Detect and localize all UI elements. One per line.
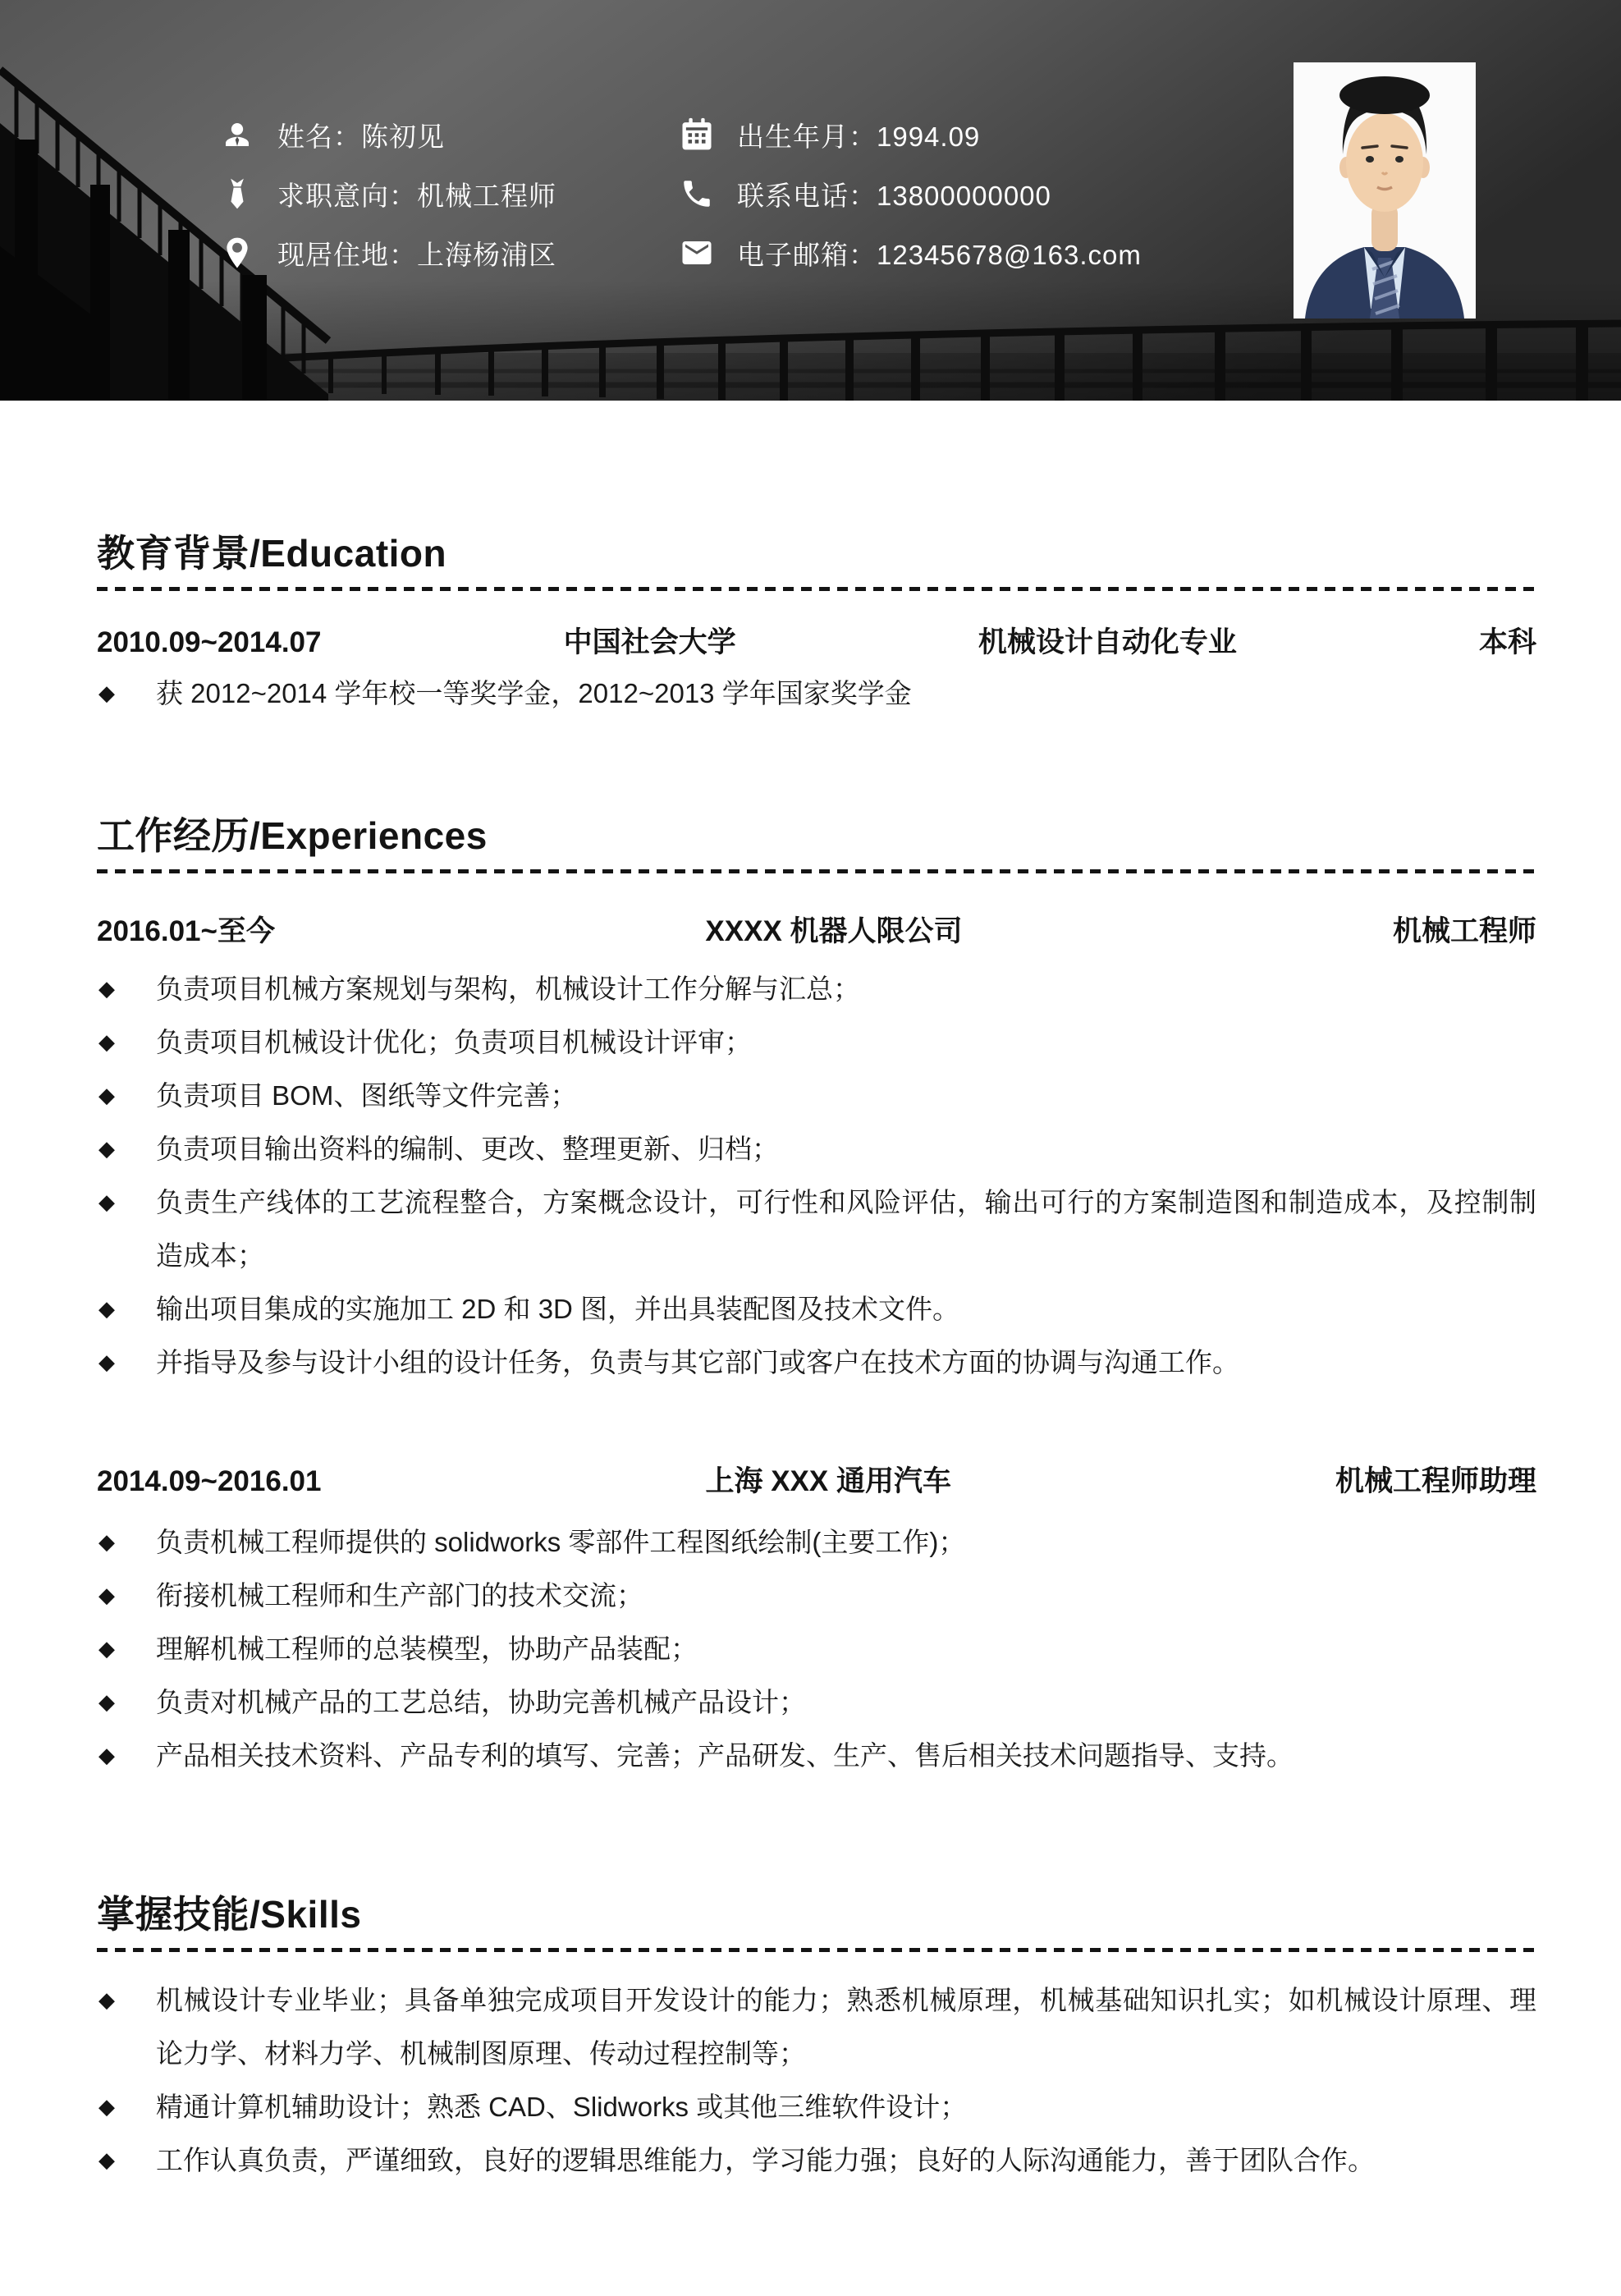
job-bullet-list: 负责项目机械方案规划与架构，机械设计工作分解与汇总； 负责项目机械设计优化；负责…: [97, 962, 1536, 1389]
job-role: 机械工程师助理: [1335, 1464, 1536, 1499]
job-company: 上海 XXX 通用汽车: [705, 1464, 950, 1499]
bullet-item: 负责项目机械方案规划与架构，机械设计工作分解与汇总；: [97, 962, 1536, 1015]
section-education: 教育背景/Education 2010.09~2014.07 中国社会大学 机械…: [97, 532, 1536, 720]
bullet-item: 理解机械工程师的总装模型，协助产品装配；: [97, 1622, 1536, 1675]
bullet-item: 负责生产线体的工艺流程整合，方案概念设计，可行性和风险评估，输出可行的方案制造图…: [97, 1175, 1536, 1282]
phone-text: 联系电话：13800000000: [737, 175, 1051, 213]
header-info-left: 姓名：陈初见 求职意向：机械工程师 现居住地：上海杨浦区: [218, 115, 556, 273]
bullet-item: 获 2012~2014 学年校一等奖学金，2012~2013 学年国家奖学金: [97, 667, 1536, 720]
tie-icon: [218, 175, 256, 213]
calendar-icon: [678, 116, 716, 154]
education-degree: 本科: [1479, 626, 1536, 660]
bullet-item: 负责项目 BOM、图纸等文件完善；: [97, 1069, 1536, 1122]
email-text: 电子邮箱：12345678@163.com: [737, 234, 1142, 273]
job-entry-row: 2014.09~2016.01 上海 XXX 通用汽车 机械工程师助理: [97, 1464, 1536, 1499]
resume-body: 教育背景/Education 2010.09~2014.07 中国社会大学 机械…: [0, 532, 1621, 2187]
birth-row: 出生年月：1994.09: [678, 115, 1142, 154]
resume-page: 姓名：陈初见 求职意向：机械工程师 现居住地：上海杨浦区 出生: [0, 0, 1621, 2296]
phone-row: 联系电话：13800000000: [678, 174, 1142, 213]
job-intention-row: 求职意向：机械工程师: [218, 174, 556, 213]
name-text: 姓名：陈初见: [277, 116, 445, 154]
bullet-item: 负责项目输出资料的编制、更改、整理更新、归档；: [97, 1122, 1536, 1175]
bullet-item: 衔接机械工程师和生产部门的技术交流；: [97, 1569, 1536, 1622]
bullet-item: 产品相关技术资料、产品专利的填写、完善；产品研发、生产、售后相关技术问题指导、支…: [97, 1729, 1536, 1782]
resume-header: 姓名：陈初见 求职意向：机械工程师 现居住地：上海杨浦区 出生: [0, 0, 1621, 401]
section-title-education: 教育背景/Education: [97, 532, 1536, 575]
dashed-divider: [97, 869, 1536, 873]
skills-bullet-list: 机械设计专业毕业；具备单独完成项目开发设计的能力；熟悉机械原理，机械基础知识扎实…: [97, 1973, 1536, 2187]
section-experience: 工作经历/Experiences 2016.01~至今 XXXX 机器人限公司 …: [97, 814, 1536, 1782]
education-bullet-list: 获 2012~2014 学年校一等奖学金，2012~2013 学年国家奖学金: [97, 667, 1536, 720]
dashed-divider: [97, 587, 1536, 591]
dashed-divider: [97, 1948, 1536, 1952]
job-role: 机械工程师: [1393, 914, 1536, 949]
education-school: 中国社会大学: [564, 626, 736, 660]
bullet-item: 精通计算机辅助设计；熟悉 CAD、Slidworks 或其他三维软件设计；: [97, 2080, 1536, 2133]
section-skills: 掌握技能/Skills 机械设计专业毕业；具备单独完成项目开发设计的能力；熟悉机…: [97, 1893, 1536, 2187]
email-icon: [678, 234, 716, 272]
person-icon: [218, 116, 256, 154]
bullet-item: 负责机械工程师提供的 solidworks 零部件工程图纸绘制(主要工作)；: [97, 1515, 1536, 1569]
job-company: XXXX 机器人限公司: [705, 914, 962, 949]
education-date: 2010.09~2014.07: [97, 626, 321, 660]
section-title-skills: 掌握技能/Skills: [97, 1893, 1536, 1936]
birth-text: 出生年月：1994.09: [737, 116, 980, 154]
job-date: 2016.01~至今: [97, 914, 275, 949]
email-row: 电子邮箱：12345678@163.com: [678, 233, 1142, 273]
address-text: 现居住地：上海杨浦区: [277, 234, 556, 273]
location-icon: [218, 234, 256, 272]
id-photo: [1294, 62, 1476, 319]
bullet-item: 负责项目机械设计优化；负责项目机械设计评审；: [97, 1015, 1536, 1069]
address-row: 现居住地：上海杨浦区: [218, 233, 556, 273]
phone-icon: [678, 175, 716, 213]
education-entry-row: 2010.09~2014.07 中国社会大学 机械设计自动化专业 本科: [97, 626, 1536, 660]
header-info-right: 出生年月：1994.09 联系电话：13800000000 电子邮箱：12345…: [678, 115, 1142, 273]
name-row: 姓名：陈初见: [218, 115, 556, 154]
job-entry-row: 2016.01~至今 XXXX 机器人限公司 机械工程师: [97, 914, 1536, 949]
bullet-item: 输出项目集成的实施加工 2D 和 3D 图，并出具装配图及技术文件。: [97, 1282, 1536, 1336]
job-bullet-list: 负责机械工程师提供的 solidworks 零部件工程图纸绘制(主要工作)； 衔…: [97, 1515, 1536, 1782]
bullet-item: 机械设计专业毕业；具备单独完成项目开发设计的能力；熟悉机械原理，机械基础知识扎实…: [97, 1973, 1536, 2080]
bullet-item: 工作认真负责，严谨细致，良好的逻辑思维能力，学习能力强；良好的人际沟通能力，善于…: [97, 2133, 1536, 2187]
bullet-item: 并指导及参与设计小组的设计任务，负责与其它部门或客户在技术方面的协调与沟通工作。: [97, 1336, 1536, 1389]
job-intention-text: 求职意向：机械工程师: [277, 175, 556, 213]
section-title-experience: 工作经历/Experiences: [97, 814, 1536, 858]
bullet-item: 负责对机械产品的工艺总结，协助完善机械产品设计；: [97, 1675, 1536, 1729]
job-date: 2014.09~2016.01: [97, 1464, 321, 1499]
education-major: 机械设计自动化专业: [978, 626, 1237, 660]
